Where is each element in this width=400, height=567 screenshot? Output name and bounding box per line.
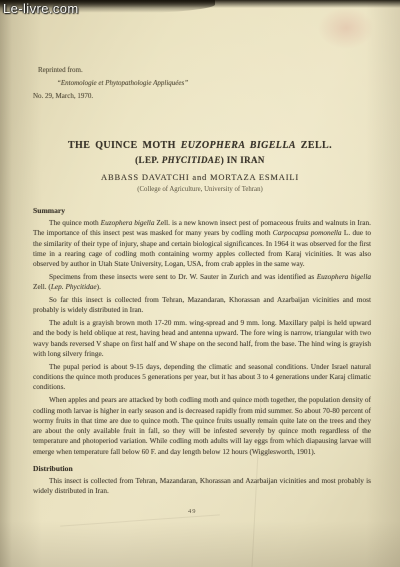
watermark-le-livre: Le-livre.com xyxy=(3,1,79,16)
paper-crease xyxy=(60,514,220,526)
reprint-line1: Reprinted from. xyxy=(33,64,188,77)
body-paragraph: The pupal period is about 9-15 days, dep… xyxy=(33,362,371,393)
page-number: 49 xyxy=(188,508,197,515)
summary-heading: Summary xyxy=(33,206,371,215)
distribution-heading: Distribution xyxy=(33,464,371,473)
journal-title: “Entomologie et Phytopathologie Appliqué… xyxy=(33,77,188,90)
body-paragraph: This insect is collected from Tehran, Ma… xyxy=(33,476,371,497)
authors-line: ABBASS DAVATCHI and MORTAZA ESMAILI xyxy=(0,172,400,182)
body-paragraph: The adult is a grayish brown moth 17-20 … xyxy=(33,318,371,359)
issue-date-line: No. 29, March, 1970. xyxy=(33,90,188,103)
distribution-paragraphs: This insect is collected from Tehran, Ma… xyxy=(33,476,371,497)
body-paragraph: So far this insect is collected from Teh… xyxy=(33,295,371,316)
article-body: Summary The quince moth Euzophera bigell… xyxy=(33,206,371,499)
summary-paragraphs: The quince moth Euzophera bigella Zell. … xyxy=(33,218,371,457)
body-paragraph: Specimens from these insects were sent t… xyxy=(33,272,371,293)
affiliation-line: (College of Agriculture, University of T… xyxy=(0,186,400,193)
body-paragraph: When apples and pears are attacked by bo… xyxy=(33,395,371,457)
article-title-line2: (LEP. PHYCITIDAE) IN IRAN xyxy=(0,155,400,165)
scanned-document-page: Le-livre.com Reprinted from. “Entomologi… xyxy=(0,0,400,567)
article-title-line1: THE QUINCE MOTH EUZOPHERA BIGELLA ZELL. xyxy=(0,140,400,151)
title-block: THE QUINCE MOTH EUZOPHERA BIGELLA ZELL. … xyxy=(0,140,400,193)
reprint-note: Reprinted from. “Entomologie et Phytopat… xyxy=(33,64,188,103)
body-paragraph: The quince moth Euzophera bigella Zell. … xyxy=(33,218,371,269)
